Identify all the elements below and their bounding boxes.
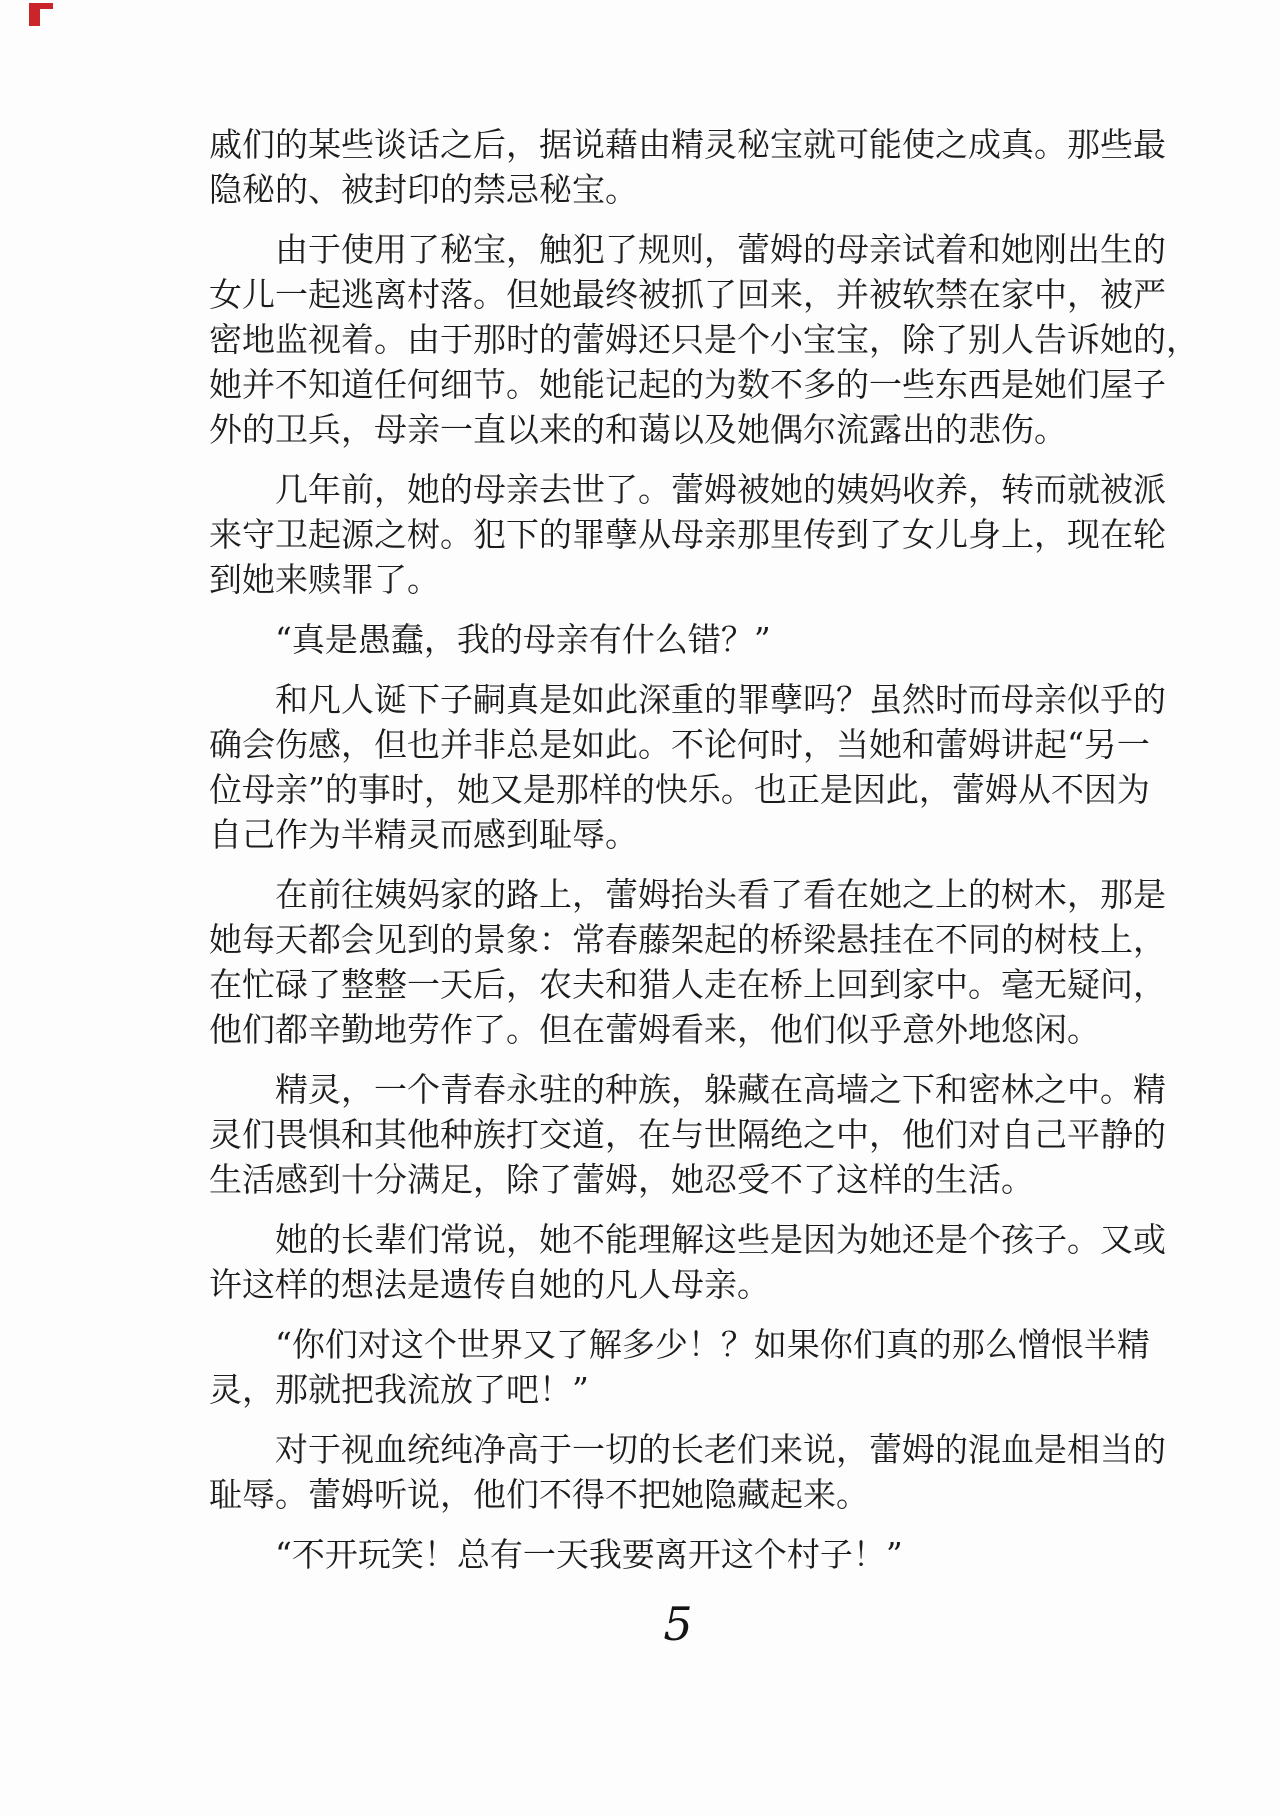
document-page: 戚们的某些谈话之后，据说藉由精灵秘宝就可能使之成真。那些最 隐秘的、被封印的禁忌…	[0, 0, 1280, 1816]
red-corner-artifact	[29, 3, 53, 26]
paragraph: “真是愚蠢，我的母亲有什么错？”	[209, 617, 1207, 662]
paragraph: 几年前，她的母亲去世了。蕾姆被她的姨妈收养，转而就被派 来守卫起源之树。犯下的罪…	[209, 467, 1207, 602]
paragraph: 精灵，一个青春永驻的种族，躲藏在高墙之下和密林之中。精 灵们畏惧和其他种族打交道…	[209, 1067, 1207, 1202]
body-text-column: 戚们的某些谈话之后，据说藉由精灵秘宝就可能使之成真。那些最 隐秘的、被封印的禁忌…	[209, 122, 1207, 1592]
paragraph: 由于使用了秘宝，触犯了规则，蕾姆的母亲试着和她刚出生的 女儿一起逃离村落。但她最…	[209, 227, 1207, 452]
page-number: 5	[209, 1598, 1147, 1650]
paragraph: 和凡人诞下子嗣真是如此深重的罪孽吗？虽然时而母亲似乎的 确会伤感，但也并非总是如…	[209, 677, 1207, 857]
paragraph: 在前往姨妈家的路上，蕾姆抬头看了看在她之上的树木，那是 她每天都会见到的景象：常…	[209, 872, 1207, 1052]
paragraph: 对于视血统纯净高于一切的长老们来说，蕾姆的混血是相当的 耻辱。蕾姆听说，他们不得…	[209, 1427, 1207, 1517]
paragraph: “不开玩笑！总有一天我要离开这个村子！”	[209, 1532, 1207, 1577]
paragraph: 她的长辈们常说，她不能理解这些是因为她还是个孩子。又或 许这样的想法是遗传自她的…	[209, 1217, 1207, 1307]
paragraph: 戚们的某些谈话之后，据说藉由精灵秘宝就可能使之成真。那些最 隐秘的、被封印的禁忌…	[209, 122, 1207, 212]
paragraph: “你们对这个世界又了解多少！？如果你们真的那么憎恨半精 灵，那就把我流放了吧！”	[209, 1322, 1207, 1412]
